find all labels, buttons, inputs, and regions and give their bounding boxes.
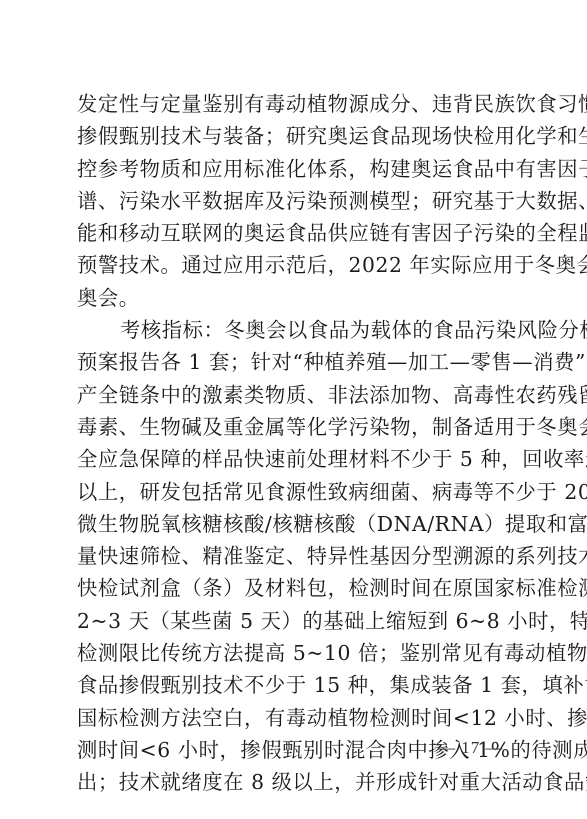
text-line: 预警技术。通过应用示范后，2022 年实际应用于冬奥会和冬残 (77, 249, 513, 281)
text-line: 掺假甄别技术与装备；研究奥运食品现场快检用化学和生物性质 (77, 120, 513, 152)
text-line: 控参考物质和应用标准化体系，构建奥运食品中有害因子知识图 (77, 153, 513, 185)
body-text: 发定性与定量鉴别有毒动植物源成分、违背民族饮食习惯的食品 掺假甄别技术与装备；研… (77, 88, 513, 799)
text-line: 2~3 天（某些菌 5 天）的基础上缩短到 6~8 小时，特异性>95%， (77, 605, 513, 637)
document-page: 发定性与定量鉴别有毒动植物源成分、违背民族饮食习惯的食品 掺假甄别技术与装备；研… (0, 0, 587, 819)
text-line: 食品掺假甄别技术不少于 15 种，集成装备 1 套，填补该领域无 (77, 669, 513, 701)
text-line: 全应急保障的样品快速前处理材料不少于 5 种，回收率达到 70% (77, 443, 513, 475)
text-line: 考核指标：冬奥会以食品为载体的食品污染风险分析报告及 (77, 314, 513, 346)
text-line: 出；技术就绪度在 8 级以上，并形成针对重大活动食品安全快速 (77, 766, 513, 798)
text-line: 发定性与定量鉴别有毒动植物源成分、违背民族饮食习惯的食品 (77, 88, 513, 120)
text-line: 微生物脱氧核糖核酸/核糖核酸（DNA/RNA）提取和富集的高通 (77, 508, 513, 540)
text-line: 谱、污染水平数据库及污染预测模型；研究基于大数据、人工智 (77, 185, 513, 217)
text-line: 能和移动互联网的奥运食品供应链有害因子污染的全程监控和 (77, 217, 513, 249)
text-line: 量快速筛检、精准鉴定、特异性基因分型溯源的系列技术集成、 (77, 540, 513, 572)
text-line: 产全链条中的激素类物质、非法添加物、高毒性农药残留、生物 (77, 379, 513, 411)
text-line: 国标检测方法空白，有毒动植物检测时间<12 小时、掺假甄别检 (77, 702, 513, 734)
text-line: 奥会。 (77, 282, 513, 314)
text-line: 检测限比传统方法提高 5~10 倍；鉴别常见有毒动植物源成分的 (77, 637, 513, 669)
text-line: 毒素、生物碱及重金属等化学污染物，制备适用于冬奥会食品安 (77, 411, 513, 443)
page-number: — 17 — (438, 738, 504, 758)
text-line: 预案报告各 1 套；针对“种植养殖—加工—零售—消费”食品生 (77, 346, 513, 378)
text-line: 快检试剂盒（条）及材料包，检测时间在原国家标准检测方法 (77, 572, 513, 604)
text-line: 以上，研发包括常见食源性致病细菌、病毒等不少于 20 种致病 (77, 476, 513, 508)
